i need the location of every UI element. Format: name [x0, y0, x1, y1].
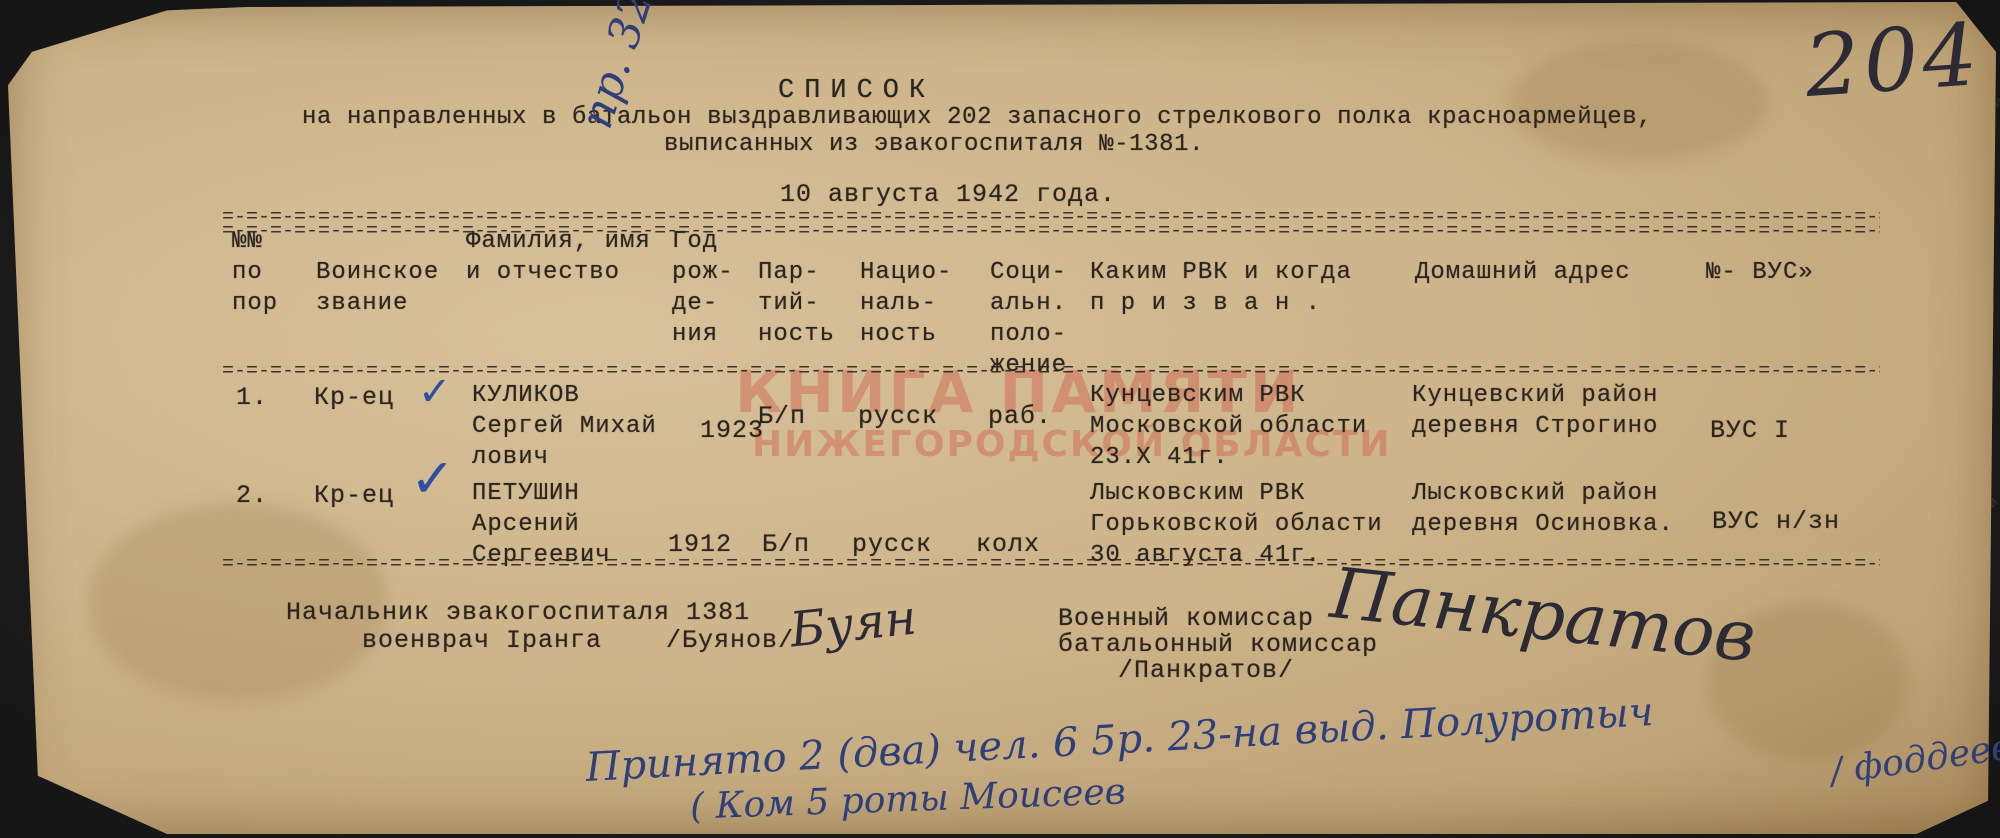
header-num: №№попор [232, 226, 278, 319]
signature-right-title: Военный комиссар [1058, 606, 1314, 631]
row-birth: 1923 [700, 418, 764, 443]
checkmark-icon: ✓ [410, 452, 455, 506]
row-rank: Кр-ец [314, 385, 394, 410]
header-drafted: Каким РВК и когдап р и з в а н . [1090, 257, 1352, 319]
signature-left-handwritten: Буян [788, 594, 919, 655]
row-address: Кунцевский райондеревня Строгино [1412, 380, 1658, 442]
row-birth: 1912 [668, 532, 732, 557]
row-rank: Кр-ец [314, 483, 394, 508]
signature-left-title: Начальник эвакогоспиталя 1381 [286, 600, 750, 625]
row-drafted: Кунцевским РВКМосковской области23.X 41г… [1090, 380, 1367, 473]
row-num: 1. [236, 385, 268, 410]
row-social: раб. [988, 404, 1052, 429]
signature-right-name: /Панкратов/ [1118, 658, 1294, 683]
header-party: Пар-тий-ность [758, 257, 835, 350]
table-bottom-rule: =-=-=-=-=-=-=-=-=-=-=-=-=-=-=-=-=-=-=-=-… [222, 553, 1880, 571]
row-party: Б/п [758, 404, 806, 429]
row-party: Б/п [762, 532, 810, 557]
checkmark-icon: ✓ [418, 372, 452, 412]
header-nationality: Нацио-наль-ность [860, 257, 952, 350]
header-vus: №- ВУС» [1706, 257, 1814, 288]
archive-number: 204 [1802, 12, 1984, 110]
row-name: ПЕТУШИНАрсенийСергеевич [472, 478, 611, 571]
row-nationality: русск [858, 404, 938, 429]
row-num: 2. [236, 483, 268, 508]
row-nationality: русск [852, 532, 932, 557]
signature-right-rank: батальонный комиссар [1058, 632, 1378, 657]
header-social: Соци-альн.поло-жение [990, 257, 1067, 381]
row-vus: ВУС I [1710, 418, 1790, 443]
document-date: 10 августа 1942 года. [780, 182, 1116, 207]
row-name: КУЛИКОВСергей Михайлович [472, 380, 657, 473]
row-social: колх [976, 532, 1040, 557]
document-title: СПИСОК [778, 78, 935, 105]
signature-left-rank: военврач Iранга /Буянов/ [362, 628, 794, 653]
header-name: Фамилия, имяи отчество [466, 226, 651, 288]
row-vus: ВУС н/зн [1712, 509, 1840, 534]
row-address: Лысковский райондеревня Осиновка. [1412, 478, 1674, 540]
document-subtitle-line2: выписанных из эвакогоспиталя №-1381. [664, 133, 1204, 157]
document-subtitle-line1: на направленных в батальон выздравливающ… [302, 106, 1652, 130]
header-birth: Годрож-де-ния [672, 226, 734, 350]
header-rank: Воинскоезвание [316, 257, 439, 319]
header-address: Домашний адрес [1415, 257, 1631, 288]
